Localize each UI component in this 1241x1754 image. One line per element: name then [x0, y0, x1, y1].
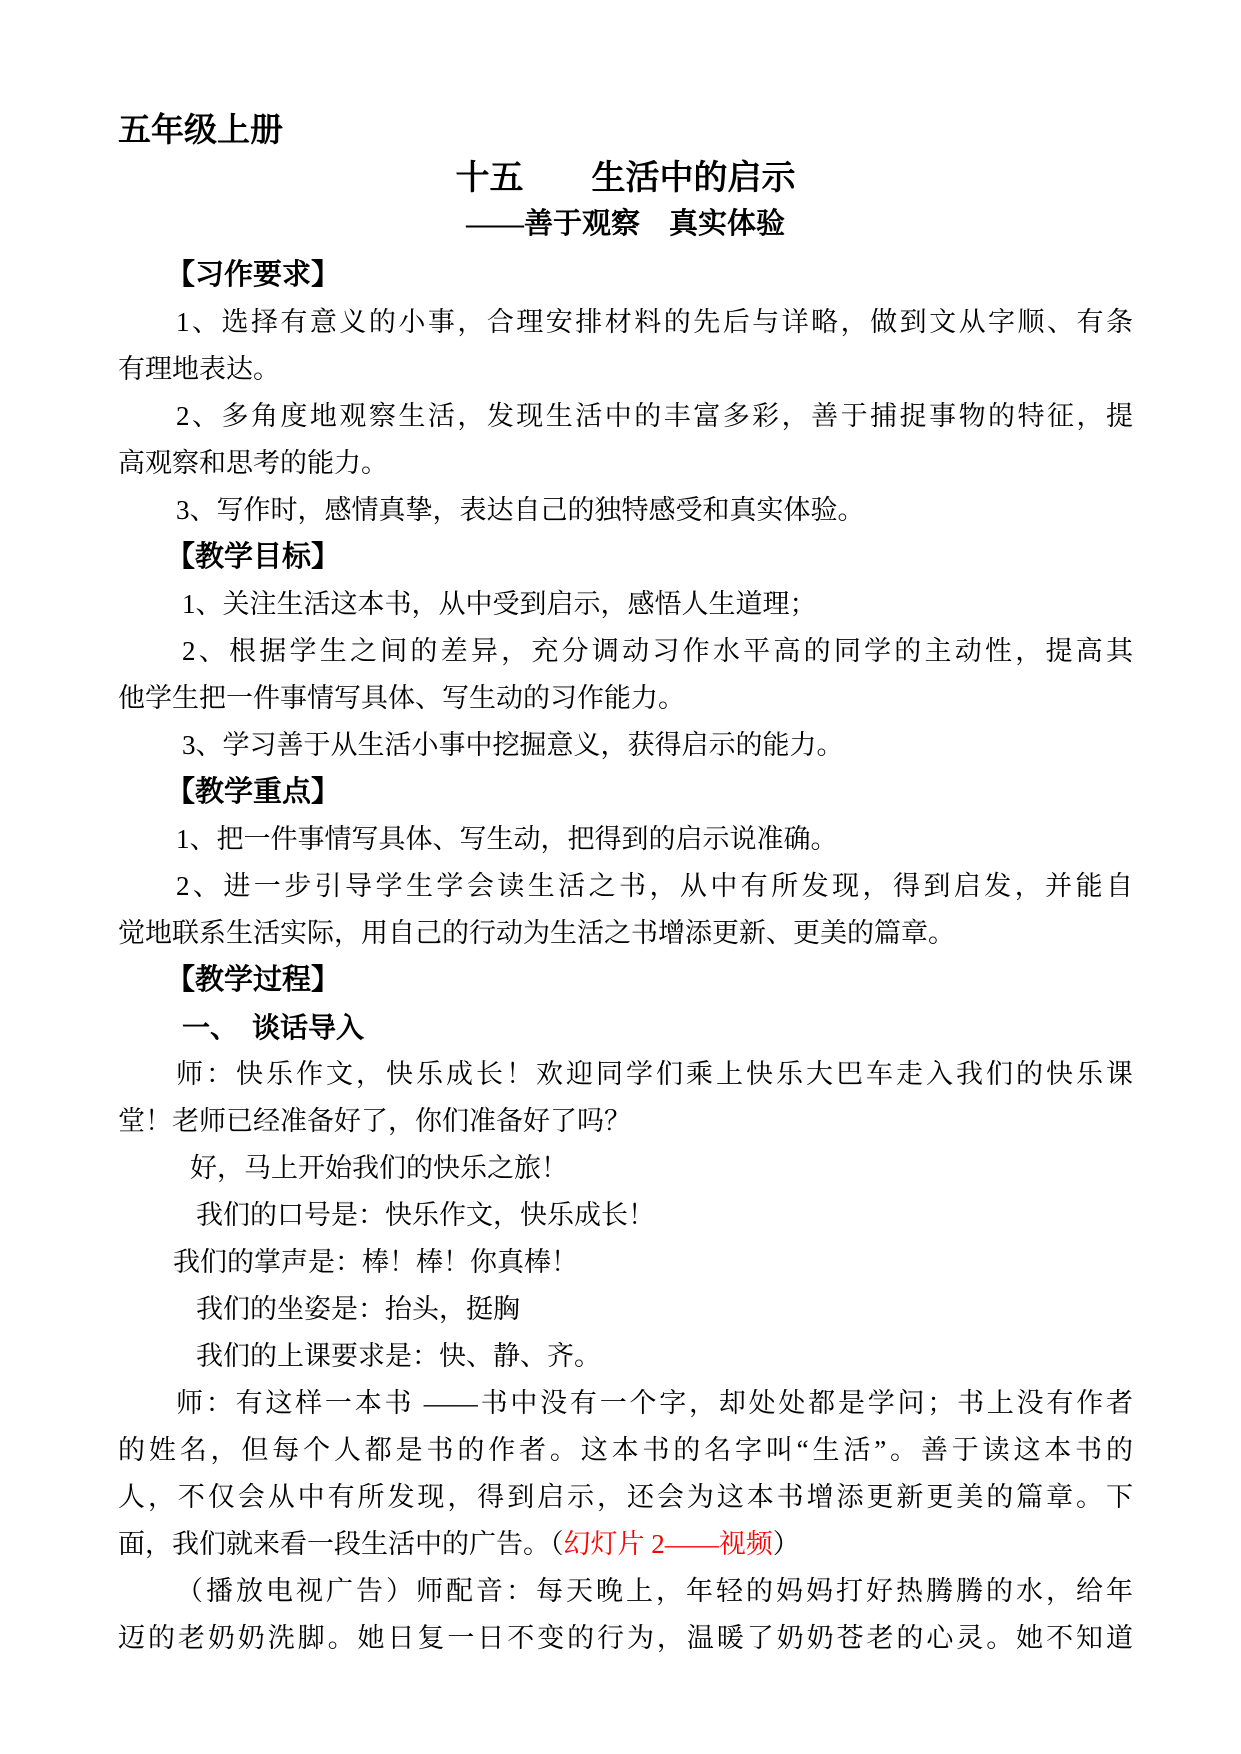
text-line: 3、写作时，感情真挚，表达自己的独特感受和真实体验。	[118, 487, 1133, 534]
subsection-header-conversation-intro: 一、 谈话导入	[118, 1004, 1133, 1051]
grade-label: 五年级上册	[118, 108, 1133, 154]
text-line: 我们的口号是：快乐作文，快乐成长！	[118, 1192, 1133, 1239]
text-line: 2、多角度地观察生活，发现生活中的丰富多彩，善于捕捉事物的特征，提	[118, 393, 1133, 440]
text-line: 堂！老师已经准备好了，你们准备好了吗？	[118, 1098, 1133, 1145]
text-line: 2、根据学生之间的差异，充分调动习作水平高的同学的主动性，提高其	[118, 628, 1133, 675]
document-page: 五年级上册 十五 生活中的启示 ——善于观察 真实体验 【习作要求】 1、选择有…	[0, 0, 1241, 1754]
text-line: 的姓名，但每个人都是书的作者。这本书的名字叫“生活”。善于读这本书的	[118, 1427, 1133, 1474]
text-line: 我们的坐姿是：抬头，挺胸	[118, 1286, 1133, 1333]
text-line: （播放电视广告）师配音：每天晚上，年轻的妈妈打好热腾腾的水，给年	[118, 1568, 1133, 1615]
text-line: 觉地联系生活实际，用自己的行动为生活之书增添更新、更美的篇章。	[118, 910, 1133, 957]
text-segment: ）	[773, 1529, 800, 1559]
text-line: 好，马上开始我们的快乐之旅！	[118, 1145, 1133, 1192]
section-header-writing-requirements: 【习作要求】	[118, 252, 1133, 299]
text-line: 高观察和思考的能力。	[118, 440, 1133, 487]
text-line-with-slide-note: 面，我们就来看一段生活中的广告。（幻灯片 2——视频）	[118, 1521, 1133, 1568]
text-line: 1、关注生活这本书，从中受到启示，感悟人生道理；	[118, 581, 1133, 628]
text-line: 3、学习善于从生活小事中挖掘意义，获得启示的能力。	[118, 722, 1133, 769]
text-line: 1、选择有意义的小事，合理安排材料的先后与详略，做到文从字顺、有条	[118, 299, 1133, 346]
text-line: 我们的上课要求是：快、静、齐。	[118, 1333, 1133, 1380]
text-line: 我们的掌声是：棒！棒！你真棒！	[118, 1239, 1133, 1286]
document-content: 五年级上册 十五 生活中的启示 ——善于观察 真实体验 【习作要求】 1、选择有…	[118, 0, 1133, 1662]
text-line: 迈的老奶奶洗脚。她日复一日不变的行为，温暖了奶奶苍老的心灵。她不知道	[118, 1615, 1133, 1662]
text-line: 1、把一件事情写具体、写生动，把得到的启示说准确。	[118, 816, 1133, 863]
text-line: 有理地表达。	[118, 346, 1133, 393]
text-line: 他学生把一件事情写具体、写生动的习作能力。	[118, 675, 1133, 722]
section-header-teaching-process: 【教学过程】	[118, 957, 1133, 1004]
page-subtitle: ——善于观察 真实体验	[118, 204, 1133, 244]
text-line: 师：快乐作文，快乐成长！欢迎同学们乘上快乐大巴车走入我们的快乐课	[118, 1051, 1133, 1098]
page-title: 十五 生活中的启示	[118, 156, 1133, 202]
section-header-teaching-focus: 【教学重点】	[118, 769, 1133, 816]
text-line: 师：有这样一本书 ——书中没有一个字，却处处都是学问；书上没有作者	[118, 1380, 1133, 1427]
text-segment: 面，我们就来看一段生活中的广告。（	[118, 1529, 564, 1559]
document-body: 【习作要求】 1、选择有意义的小事，合理安排材料的先后与详略，做到文从字顺、有条…	[118, 252, 1133, 1662]
section-header-teaching-goals: 【教学目标】	[118, 534, 1133, 581]
slide-note-red: 幻灯片 2——视频	[564, 1529, 773, 1559]
text-line: 2、进一步引导学生学会读生活之书，从中有所发现，得到启发，并能自	[118, 863, 1133, 910]
text-line: 人，不仅会从中有所发现，得到启示，还会为这本书增添更新更美的篇章。下	[118, 1474, 1133, 1521]
